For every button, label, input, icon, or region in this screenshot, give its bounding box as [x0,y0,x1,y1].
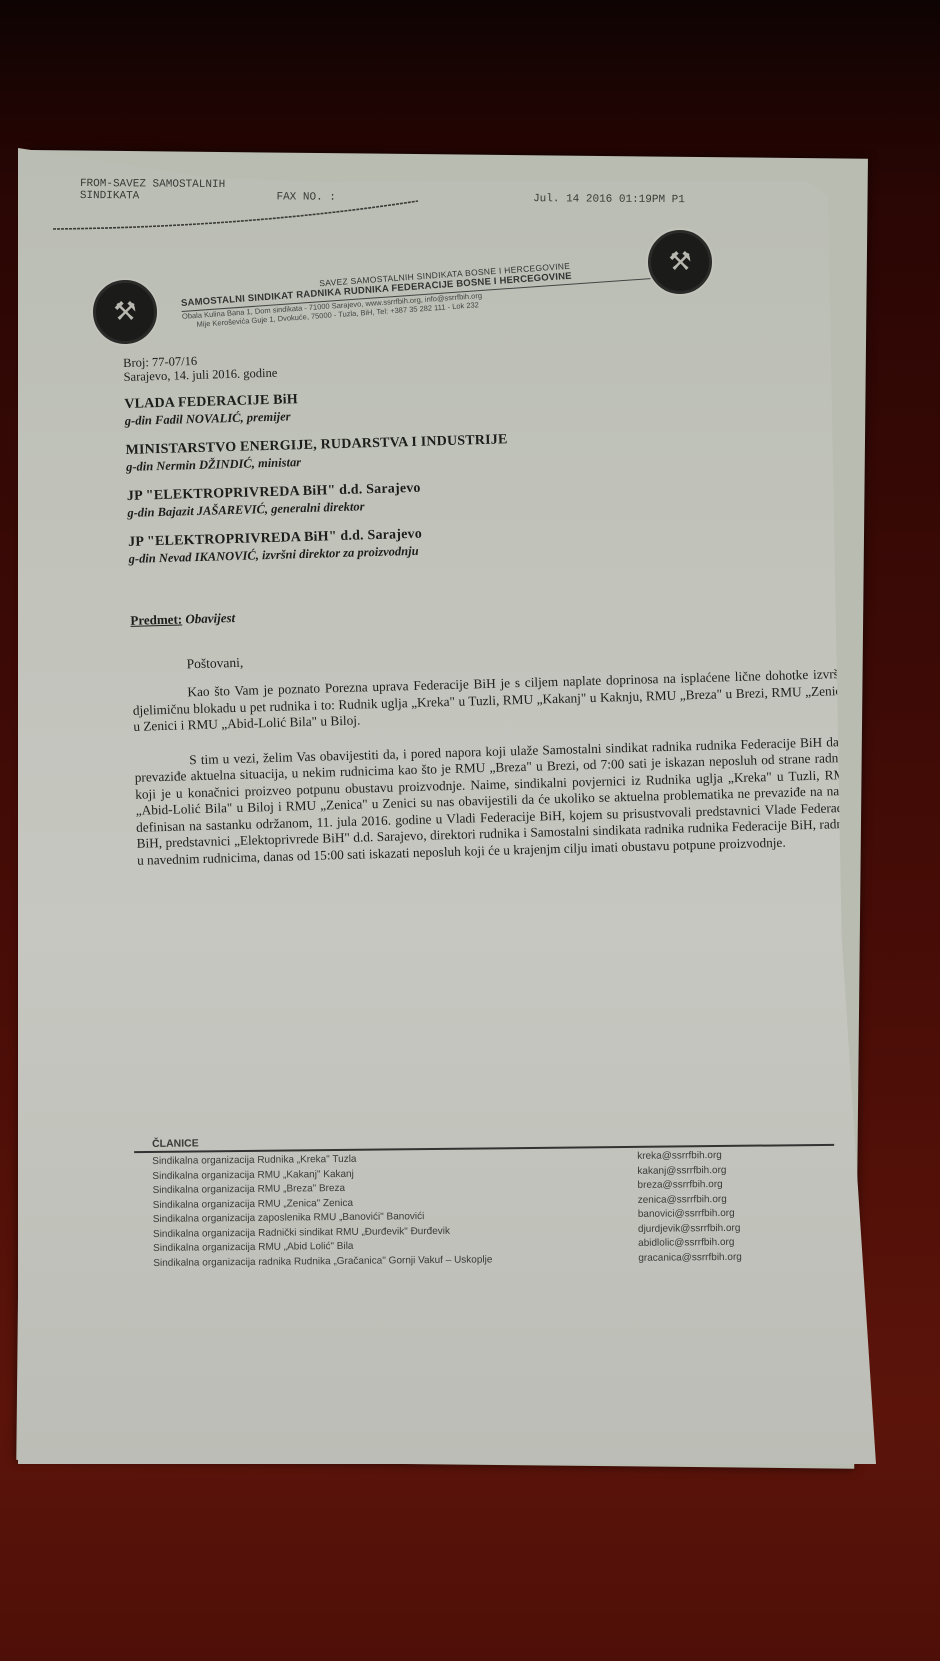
paragraph: Kao što Vam je poznato Porezna uprava Fe… [132,666,853,736]
letter-page: FROM-SAVEZ SAMOSTALNIH SINDIKATA FAX NO.… [18,148,876,1464]
member-list-footer: ČLANICE Sindikalna organizacija Rudnika … [148,1131,839,1271]
recipient: JP "ELEKTROPRIVREDA BiH" d.d. Sarajevo g… [128,514,849,568]
member-email: breza@ssrrfbih.org [637,1178,722,1193]
crossed-hammers-icon: ⚒ [668,247,691,277]
subject-value: Obavijest [185,610,235,626]
recipient: MINISTARSTVO ENERGIJE, RUDARSTVA I INDUS… [125,422,846,476]
member-email: gracanica@ssrrfbih.org [638,1250,742,1266]
letter-body: Broj: 77-07/16 Sarajevo, 14. juli 2016. … [123,336,857,869]
member-email: zenica@ssrrfbih.org [638,1192,727,1207]
recipient: JP "ELEKTROPRIVREDA BiH" d.d. Sarajevo g… [127,468,848,522]
subject-line: Predmet: Obavijest [130,592,850,629]
member-email: djurdjevik@ssrrfbih.org [638,1221,741,1237]
fax-timestamp: Jul. 14 2016 01:19PM P1 [533,193,685,206]
member-email: kreka@ssrrfbih.org [637,1149,722,1164]
subject-label: Predmet: [130,611,182,627]
union-logo-right: ⚒ [648,230,712,294]
crossed-hammers-icon: ⚒ [113,297,136,327]
member-email: kakanj@ssrrfbih.org [637,1163,726,1178]
pen-curve-mark [48,193,428,233]
recipient: VLADA FEDERACIJE BiH g-din Fadil NOVALIĆ… [124,376,845,430]
letterhead: SAVEZ SAMOSTALNIH SINDIKATA BOSNE I HERC… [180,255,652,330]
member-email: banovici@ssrrfbih.org [638,1207,735,1223]
member-email: abidlolic@ssrrfbih.org [638,1236,734,1252]
paragraph: S tim u vezi, želim Vas obavijestiti da,… [134,733,857,869]
union-logo-left: ⚒ [93,280,157,344]
